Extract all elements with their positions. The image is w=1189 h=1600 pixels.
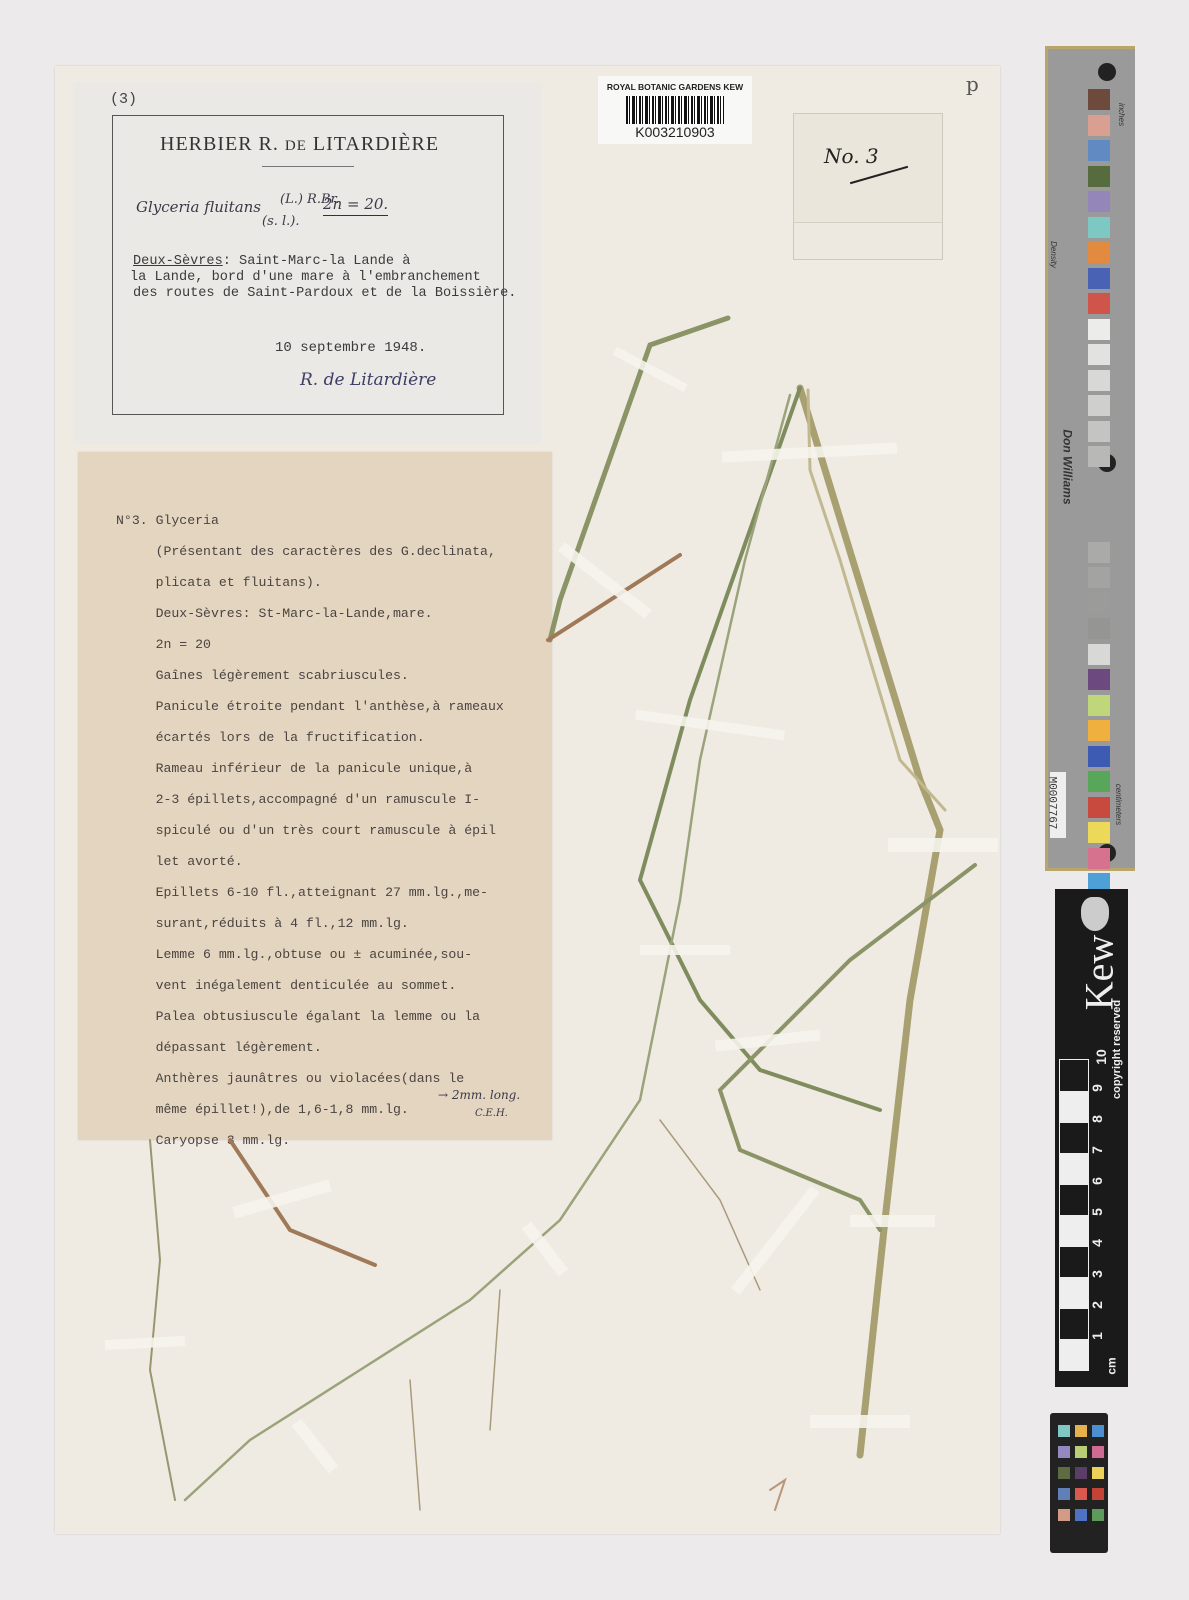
checker-chip xyxy=(1092,1467,1104,1479)
color-swatch xyxy=(1088,421,1110,442)
scale-block xyxy=(1059,1307,1089,1340)
barcode-icon xyxy=(626,96,724,124)
handwritten-initials: C.E.H. xyxy=(475,1108,508,1119)
color-swatch xyxy=(1088,593,1110,614)
color-swatch xyxy=(1088,797,1110,818)
scale-tick-label: 1 xyxy=(1089,1332,1105,1340)
color-swatch xyxy=(1088,395,1110,416)
color-swatch xyxy=(1088,268,1110,289)
scale-block xyxy=(1059,1245,1089,1278)
checker-chip xyxy=(1058,1509,1070,1521)
specimen-packet: No. 3 xyxy=(793,113,943,260)
scale-tick-label: 7 xyxy=(1089,1146,1105,1154)
checker-chip xyxy=(1075,1488,1087,1500)
ruler-id-label: M0007767 xyxy=(1050,772,1066,838)
color-ruler xyxy=(1045,46,1135,871)
institution-name: ROYAL BOTANIC GARDENS KEW xyxy=(598,82,752,92)
packet-flap xyxy=(794,222,942,259)
scale-block xyxy=(1059,1338,1089,1371)
species-sensu-lato: (s. l.). xyxy=(262,214,300,229)
scale-block xyxy=(1059,1183,1089,1216)
checker-chip xyxy=(1075,1446,1087,1458)
color-swatch xyxy=(1088,618,1110,639)
checker-chip xyxy=(1058,1488,1070,1500)
packet-number: No. 3 xyxy=(824,144,879,168)
color-checker-card xyxy=(1050,1413,1108,1553)
collection-date: 10 septembre 1948. xyxy=(275,340,426,356)
color-swatch xyxy=(1088,644,1110,665)
locality-text: Deux-Sèvres: Saint-Marc-la Lande à la La… xyxy=(133,254,516,302)
ruler-registration-dot-top xyxy=(1098,63,1116,81)
scale-block xyxy=(1059,1152,1089,1185)
ruler-inches-label: inches xyxy=(1117,103,1126,126)
checker-chip xyxy=(1092,1488,1104,1500)
scale-block xyxy=(1059,1214,1089,1247)
collector-signature: R. de Litardière xyxy=(300,370,436,390)
color-swatch xyxy=(1088,720,1110,741)
color-swatch xyxy=(1088,848,1110,869)
barcode-number: K003210903 xyxy=(598,124,752,140)
scale-tick-label: 6 xyxy=(1089,1177,1105,1185)
color-swatch xyxy=(1088,446,1110,467)
scale-tick-label: 3 xyxy=(1089,1270,1105,1278)
color-swatch xyxy=(1088,293,1110,314)
copyright-notice: copyright reserved xyxy=(1111,1000,1123,1099)
scale-block xyxy=(1059,1059,1089,1092)
handwritten-annotation: → 2mm. long. xyxy=(438,1088,520,1102)
scale-tick-label: 10 xyxy=(1093,1049,1109,1065)
title-rule xyxy=(262,166,354,167)
scale-block xyxy=(1059,1276,1089,1309)
checker-chip xyxy=(1058,1446,1070,1458)
kew-scale-bar: Kew copyright reserved cm 12345678910 xyxy=(1055,889,1128,1387)
color-swatch xyxy=(1088,242,1110,263)
corner-mark: p xyxy=(966,72,979,96)
scale-tick-label: 9 xyxy=(1089,1084,1105,1092)
kew-crest-icon xyxy=(1081,897,1109,931)
chromosome-count: 2n = 20. xyxy=(323,195,388,216)
color-swatch xyxy=(1088,319,1110,340)
color-swatch xyxy=(1088,166,1110,187)
color-swatch xyxy=(1088,746,1110,767)
scale-tick-label: 5 xyxy=(1089,1208,1105,1216)
checker-chip xyxy=(1058,1467,1070,1479)
color-swatch xyxy=(1088,370,1110,391)
kew-logo: Kew xyxy=(1075,935,1122,1011)
color-swatch xyxy=(1088,695,1110,716)
checker-chip xyxy=(1092,1425,1104,1437)
color-swatch xyxy=(1088,140,1110,161)
checker-chip xyxy=(1075,1509,1087,1521)
ruler-density-label: Density xyxy=(1049,241,1058,268)
ruler-centimeters-label: centimeters xyxy=(1114,784,1123,825)
scale-tick-label: 2 xyxy=(1089,1301,1105,1309)
scale-block xyxy=(1059,1090,1089,1123)
checker-chip xyxy=(1075,1467,1087,1479)
checker-chip xyxy=(1092,1446,1104,1458)
sheet-number-mark: (3) xyxy=(110,91,137,108)
checker-chip xyxy=(1092,1509,1104,1521)
color-swatch xyxy=(1088,771,1110,792)
color-swatch xyxy=(1088,344,1110,365)
color-swatch xyxy=(1088,217,1110,238)
scale-tick-label: 8 xyxy=(1089,1115,1105,1123)
barcode-label: ROYAL BOTANIC GARDENS KEW K003210903 xyxy=(598,76,752,144)
scale-block xyxy=(1059,1121,1089,1154)
species-name: Glyceria fluitans xyxy=(136,198,261,216)
packet-underline xyxy=(850,166,908,184)
color-swatch xyxy=(1088,542,1110,563)
typed-description-text: N°3. Glyceria (Présentant des caractères… xyxy=(116,505,504,1156)
herbier-title: HERBIER R. DE LITARDIÈRE xyxy=(160,133,439,156)
checker-chip xyxy=(1058,1425,1070,1437)
ruler-brand: Don Williams xyxy=(1061,429,1075,504)
color-swatch xyxy=(1088,115,1110,136)
color-swatch xyxy=(1088,191,1110,212)
scale-tick-label: 4 xyxy=(1089,1239,1105,1247)
checker-chip xyxy=(1075,1425,1087,1437)
scale-unit: cm xyxy=(1105,1357,1119,1374)
color-swatch xyxy=(1088,89,1110,110)
color-swatch xyxy=(1088,822,1110,843)
color-swatch xyxy=(1088,669,1110,690)
color-swatch xyxy=(1088,567,1110,588)
